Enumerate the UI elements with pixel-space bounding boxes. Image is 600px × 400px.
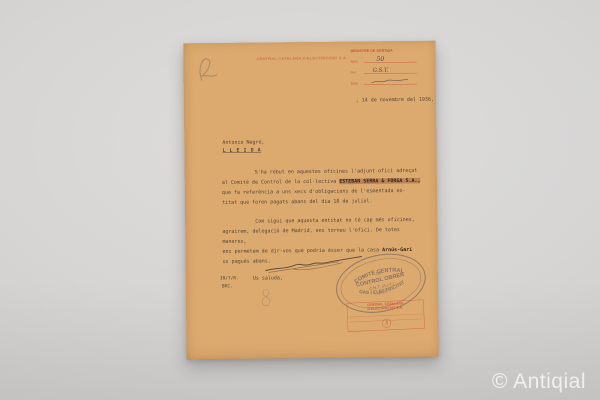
body-text: al Comitè de Control de la col·lectiva — [222, 179, 339, 186]
registry-ref-row: Ref. G.S.T. — [351, 67, 421, 75]
body-line: agrairem, delegació de Madrid, ens torne… — [222, 225, 423, 247]
watermark: © Antiqial — [492, 370, 586, 394]
body-line: titat que foren pagats abans del dia 18 … — [222, 196, 423, 208]
registry-date-row: Data — [351, 78, 421, 86]
registry-ref-label: Ref. — [351, 71, 357, 75]
registry-date-scribble — [371, 78, 410, 84]
company-header-stamp: CENTRAL CATALANA D'ELECTRICITAT S.A. — [256, 56, 354, 62]
registry-num-label: Núm. — [351, 60, 359, 64]
letter-paper: CENTRAL CATALANA D'ELECTRICITAT S.A. REG… — [183, 41, 438, 360]
pencil-mark-faint — [255, 286, 277, 308]
registry-rule — [364, 73, 417, 74]
pencil-scribble — [193, 54, 221, 84]
registry-ref-value: G.S.T. — [373, 67, 389, 74]
registry-num-value: 50 — [376, 55, 384, 62]
recipient-name: Antonio Negre, — [222, 139, 264, 145]
registry-rule — [364, 62, 417, 63]
recipient-city: L L E I D A — [222, 148, 261, 154]
registry-date-label: Data — [351, 82, 358, 86]
marked-company-name: ESTEBAN SERRA & FORGA S.A., — [339, 178, 420, 184]
date-line: , 14 de novembre del 1936, — [356, 97, 434, 103]
photo-background: CENTRAL CATALANA D'ELECTRICITAT S.A. REG… — [0, 0, 600, 400]
typist-reference: JB/7/R. — [220, 276, 239, 281]
company-red-box-stamp: CENTRAL CATALANA D'ELECTRICITAT S.A. 3 — [347, 299, 425, 331]
letter-content: CENTRAL CATALANA D'ELECTRICITAT S.A. REG… — [183, 41, 438, 360]
registry-title: REGISTRE DE SORTIDA — [350, 49, 420, 53]
registry-num-row: Núm. 50 — [351, 56, 421, 64]
outgoing-registry-stamp: REGISTRE DE SORTIDA Núm. 50 Ref. G.S.T. … — [350, 49, 420, 86]
stamp-number-badge: 3 — [382, 318, 391, 327]
typist-reference-2: BRC. — [222, 284, 233, 289]
